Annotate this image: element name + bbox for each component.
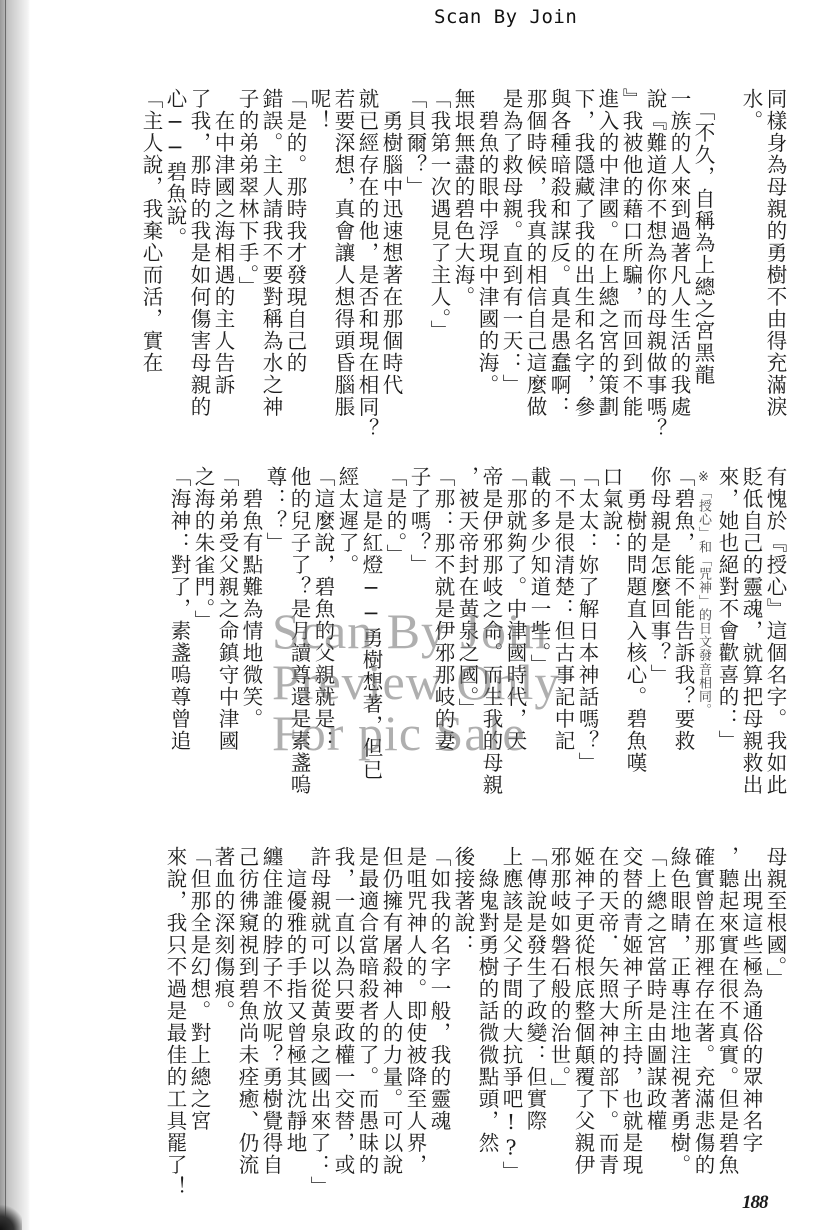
text-column: 你母親是怎麼回事？」: [647, 466, 671, 686]
text-column: 心──碧魚說。: [163, 88, 187, 249]
text-column: 一族的人來到過著凡人生活的我處: [667, 88, 691, 418]
text-column: 帝是伊邪那岐之命。而生我的母親: [479, 466, 503, 796]
text-column: 勇樹腦中迅速想著在那個時代: [379, 88, 403, 396]
text-column: 「是的。那時我才發現自己的: [283, 88, 307, 374]
text-column: 「如我的名字一般，我的靈魂: [427, 846, 451, 1132]
text-column: 確實曾在那裡存在著。充滿悲傷的: [691, 846, 715, 1176]
text-column: 這優雅的手指又曾極其沈靜地: [283, 846, 307, 1154]
text-column: 經太遲了。: [335, 466, 359, 576]
text-column: 貶低自己的靈魂，就算把母親救出: [739, 466, 763, 796]
page-number: 188: [742, 1192, 768, 1214]
translator-note: ※「授心」和「咒神」的日文發音相同。: [695, 466, 715, 717]
text-column: 「不久，自稱為上總之宮黑龍: [691, 88, 715, 386]
text-column: 「我第一次遇見了主人。」: [427, 88, 451, 342]
text-block-middle: 有愧於『授心』這個名字。我如此貶低自己的靈魂，就算把母親救出來，她也絕對不會歡喜…: [167, 466, 787, 796]
book-spine-gutter: [0, 0, 30, 1230]
text-column: 同樣身為母親的勇樹不由得充滿淚: [763, 88, 787, 418]
text-column: 無垠無盡的碧色大海。: [451, 88, 475, 308]
text-column: 載的多少知道一些。」: [527, 466, 551, 676]
text-column: 「主人說，我棄心而活，實在: [139, 88, 163, 374]
text-column: 綠色眼睛，正專注地注視著勇樹。: [667, 846, 691, 1176]
text-column: 「弟弟受父親之命鎮守中津國: [215, 466, 239, 752]
text-column: 許母親就可以從黃泉之國出來了：」: [307, 846, 331, 1198]
text-column: ，聽起來實在很不真實。但是碧魚: [715, 846, 739, 1176]
text-column: 碧魚有點難為情地微笑。: [239, 466, 263, 730]
text-column: 這是紅燈──勇樹想著，但已: [359, 466, 383, 781]
text-column: 交替的青姬神子所主持，也就是現: [619, 846, 643, 1176]
text-block-bottom: 母親至根國。」 出現這些極為通俗的眾神名字，聽起來實在很不真實。但是碧魚確實曾在…: [163, 846, 787, 1198]
text-column: 與各種暗殺和謀反。真是愚蠢啊：: [547, 88, 571, 418]
text-column: 「傳說是發生了政變：但實際: [523, 846, 547, 1132]
text-column: 就已經存在的他，是否和現在相同？: [355, 88, 379, 440]
text-column: 勇樹的問題直入核心。碧魚嘆: [623, 466, 647, 774]
text-column: 進入的中津國。在上總之宮的策劃: [595, 88, 619, 418]
text-column: 他的兒子了？是月讀尊還是素盞嗚: [287, 466, 311, 796]
text-column: 「貝爾？」: [403, 88, 427, 198]
text-column: 「那：那不就是伊邪那岐的妻: [431, 466, 455, 752]
text-column: 姬神子更從根底整個顛覆了父親伊: [571, 846, 595, 1176]
text-column: 但仍擁有屠殺神人的力量。可以說: [379, 846, 403, 1176]
text-column: 若要深想，真會讓人想得頭昏腦脹: [331, 88, 355, 418]
text-column: 「太太：妳了解日本神話嗎？」: [575, 466, 599, 774]
text-column: 「是的。」: [383, 466, 407, 566]
text-column: 是為了救母親。直到有一天：」: [499, 88, 523, 396]
text-column: 母親至根國。」: [763, 846, 787, 990]
text-column: 來，她也絕對不會歡喜的：」: [715, 466, 739, 752]
text-column: 那個時候，我真的相信自己這麼做: [523, 88, 547, 418]
text-column: 子的弟弟翠林下手。」: [235, 88, 259, 298]
text-column: 「那就夠了。中津國時代，天: [503, 466, 527, 752]
text-column: 來說，我只不過是最佳的工具罷了！: [163, 846, 187, 1198]
text-column: 「海神：對了，素盞嗚尊曾追: [167, 466, 191, 752]
text-column: 錯誤。主人請我不要對稱為水之神: [259, 88, 283, 418]
text-column: 我，一直以為只要政權一交替，或: [331, 846, 355, 1176]
text-column: 了我，那時的我是如何傷害母親的: [187, 88, 211, 418]
text-column: 上應該是父子間的大抗爭吧!?」: [499, 846, 523, 1183]
text-column: 』我被他的藉口所騙，而回到不能: [619, 88, 643, 418]
text-column: ，被天帝封在黃泉之國。」: [455, 466, 479, 720]
text-column: 呢！: [307, 88, 331, 132]
text-column: 出現這些極為通俗的眾神名字: [739, 846, 763, 1154]
text-column: 著血的深刻傷痕。: [211, 846, 235, 1022]
text-column: 口氣說：: [599, 466, 623, 554]
text-block-top: 同樣身為母親的勇樹不由得充滿淚水。 「不久，自稱為上總之宮黑龍一族的人來到過著凡…: [139, 88, 787, 440]
text-column: 「不是很清楚：但古事記中記: [551, 466, 575, 752]
spine-line: [5, 0, 6, 1230]
scan-credit-header: Scan By Join: [434, 6, 577, 28]
text-column: 有愧於『授心』這個名字。我如此: [763, 466, 787, 796]
text-column: 纏住誰的脖子不放呢？勇樹覺得自: [259, 846, 283, 1176]
text-column: 己彷彿窺視到碧魚尚未痊癒、仍流: [235, 846, 259, 1176]
text-column: 「但那全是幻想。對上總之宮: [187, 846, 211, 1132]
text-column: 說『難道你不想為你的母親做事嗎？: [643, 88, 667, 440]
text-column: 之海的朱雀門。」: [191, 466, 215, 632]
text-column: 尊：？」: [263, 466, 287, 554]
text-column: 後接著說：: [451, 846, 475, 956]
text-column: 碧魚的眼中浮現中津國的海。: [475, 88, 499, 396]
text-column: 是最適合當暗殺者的了。而愚昧的: [355, 846, 379, 1176]
text-column: 在中津國之海相遇的主人告訴: [211, 88, 235, 396]
text-column: 邪那岐如磐石般的治世。」: [547, 846, 571, 1100]
text-column: 是咀咒神人的。即使被降至人界，: [403, 846, 427, 1176]
text-column: 在的天帝．矢照大神的部下。而青: [595, 846, 619, 1176]
text-column: 綠鬼對勇樹的話微微點頭，然: [475, 846, 499, 1154]
text-column: 「上總之宮當時是由圖謀政權: [643, 846, 667, 1132]
text-column: 下，我隱藏了我的出生和名字，參: [571, 88, 595, 418]
text-column: 「這麼說，碧魚的父親就是：: [311, 466, 335, 752]
scan-shadow-corner: [0, 1204, 22, 1230]
text-column: 水。: [739, 88, 763, 132]
text-column: 子了嗎？」: [407, 466, 431, 576]
